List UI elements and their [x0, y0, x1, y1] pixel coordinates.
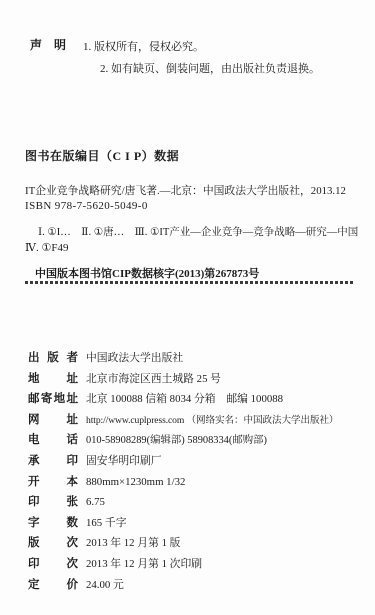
declaration-items: 1. 版权所有，侵权必究。 2. 如有缺页、倒装问题，由出版社负责退换。 — [83, 36, 320, 80]
colophon-row-label: 印 张 — [28, 493, 78, 509]
colophon-row: 字 数 165 千字 — [28, 514, 338, 535]
cip-section: 图书在版编目（C I P）数据 IT企业竞争战略研究/唐飞著.—北京：中国政法大… — [25, 147, 360, 281]
colophon-row-label: 定 价 — [28, 576, 78, 592]
cip-registry-number: 中国版本图书馆CIP数据核字(2013)第267873号 — [35, 265, 360, 281]
colophon-row-label: 字 数 — [28, 514, 78, 530]
colophon-row: 开 本 880mm×1230mm 1/32 — [28, 473, 338, 494]
cip-heading: 图书在版编目（C I P）数据 — [25, 147, 360, 164]
colophon-row: 邮寄地址 北京 100088 信箱 8034 分箱 邮编 100088 — [28, 390, 338, 411]
declaration-section: 声 明 1. 版权所有，侵权必究。 2. 如有缺页、倒装问题，由出版社负责退换。 — [30, 36, 320, 80]
colophon-row: 印 次 2013 年 12 月第 1 次印刷 — [28, 555, 338, 576]
colophon-row: 版 次 2013 年 12 月第 1 版 — [28, 534, 338, 555]
colophon-row-value: 2013 年 12 月第 1 版 — [86, 535, 180, 550]
cip-isbn-line: ISBN 978-7-5620-5049-0 — [25, 200, 360, 212]
cip-classification-line-1: Ⅰ. ①I… Ⅱ. ①唐… Ⅲ. ①IT产业—企业竞争—竞争战略—研究—中国 — [38, 224, 360, 239]
colophon-row-value: 165 千字 — [86, 515, 127, 530]
colophon-row-label: 电 话 — [28, 431, 78, 447]
colophon-section: 出 版 者 中国政法大学出版社 地 址 北京市海淀区西土城路 25 号 邮寄地址… — [28, 349, 338, 596]
colophon-row-label: 地 址 — [28, 370, 78, 386]
colophon-row-label: 出 版 者 — [28, 349, 78, 365]
colophon-row-value: 010-58908289(编辑部) 58908334(邮购部) — [86, 431, 267, 446]
colophon-row: 定 价 24.00 元 — [28, 576, 338, 597]
copyright-page: 声 明 1. 版权所有，侵权必究。 2. 如有缺页、倒装问题，由出版社负责退换。… — [0, 0, 375, 615]
colophon-row-label: 版 次 — [28, 534, 78, 550]
colophon-row-value: 北京市海淀区西土城路 25 号 — [86, 371, 221, 386]
colophon-row-value: 2013 年 12 月第 1 次印刷 — [86, 556, 202, 571]
colophon-row: 出 版 者 中国政法大学出版社 — [28, 349, 338, 370]
colophon-row-label: 网 址 — [28, 411, 78, 427]
cip-description-line: IT企业竞争战略研究/唐飞著.—北京：中国政法大学出版社，2013.12 — [25, 183, 360, 198]
declaration-item-2: 2. 如有缺页、倒装问题，由出版社负责退换。 — [100, 58, 320, 80]
colophon-row-label: 开 本 — [28, 473, 78, 489]
colophon-row: 印 张 6.75 — [28, 493, 338, 514]
colophon-row-value: 880mm×1230mm 1/32 — [86, 476, 185, 488]
colophon-row-value: 固安华明印刷厂 — [86, 453, 162, 468]
section-divider — [25, 281, 353, 284]
colophon-row-value: 北京 100088 信箱 8034 分箱 邮编 100088 — [86, 391, 283, 406]
colophon-row-value: 中国政法大学出版社 — [86, 350, 183, 365]
declaration-item-1: 1. 版权所有，侵权必究。 — [83, 36, 320, 58]
colophon-row-value: 6.75 — [86, 496, 105, 508]
cip-classification-line-2: Ⅳ. ①F49 — [25, 241, 360, 254]
colophon-row-label: 邮寄地址 — [28, 390, 78, 406]
colophon-row: 电 话 010-58908289(编辑部) 58908334(邮购部) — [28, 431, 338, 452]
colophon-row: 网 址 http://www.cuplpress.com （网络实名：中国政法大… — [28, 411, 338, 432]
colophon-row-value: http://www.cuplpress.com （网络实名：中国政法大学出版社… — [86, 412, 338, 426]
declaration-label: 声 明 — [30, 36, 66, 53]
colophon-row-label: 印 次 — [28, 555, 78, 571]
colophon-row: 地 址 北京市海淀区西土城路 25 号 — [28, 370, 338, 391]
colophon-row: 承 印 固安华明印刷厂 — [28, 452, 338, 473]
colophon-row-value: 24.00 元 — [86, 577, 124, 592]
colophon-row-label: 承 印 — [28, 452, 78, 468]
